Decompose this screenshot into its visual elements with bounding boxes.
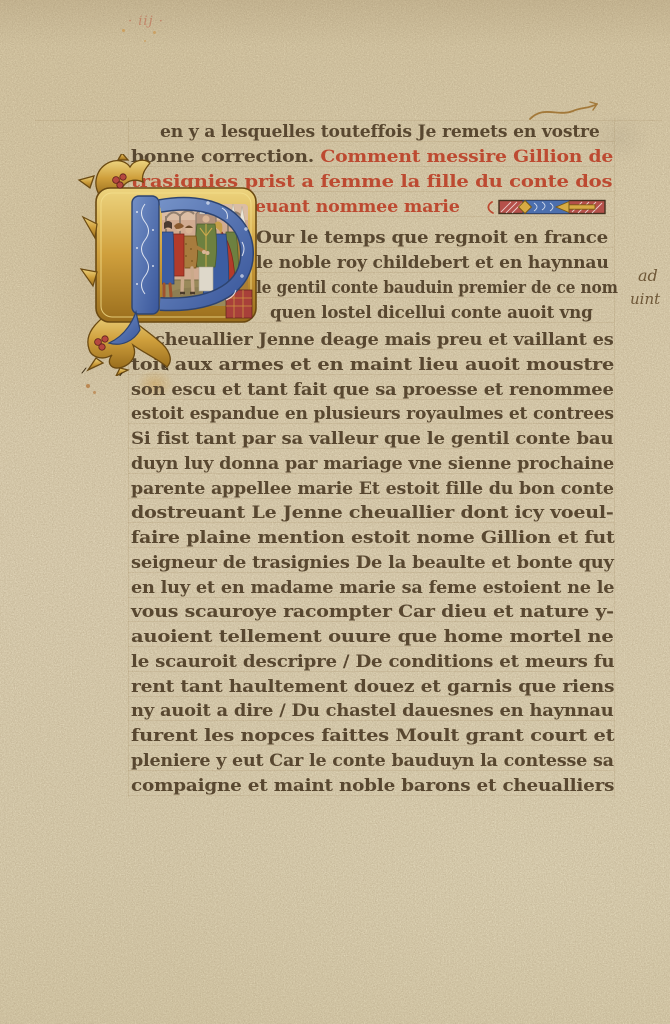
manuscript-text-line: dostreuant Le Jenne cheuallier dont icy … (131, 503, 614, 523)
body-text: le gentil conte bauduin premier de ce no… (256, 278, 618, 298)
body-text: ny auoit a dire / Du chastel dauesnes en… (131, 701, 614, 721)
body-text: le noble roy childebert et en haynnau (256, 253, 609, 273)
body-text: auoient tellement ouure que home mortel … (131, 627, 614, 647)
manuscript-text-line: furent les nopces faittes Moult grant co… (131, 726, 614, 746)
body-text: Si fist tant par sa valleur que le genti… (131, 429, 613, 449)
stain-top-edge (0, 0, 670, 46)
illuminated-initial (76, 154, 272, 376)
manuscript-text-line: le noble roy childebert et en haynnau (256, 253, 609, 273)
manuscript-text-line: auoient tellement ouure que home mortel … (131, 627, 614, 647)
rubric-text: Comment messire Gillion de (320, 147, 613, 167)
manuscript-text-line: son escu et tant fait que sa proesse et … (131, 380, 614, 400)
body-text: en luy et en madame marie sa feme estoie… (131, 578, 614, 598)
manuscript-text-line: ny auoit a dire / Du chastel dauesnes en… (131, 701, 614, 721)
manuscript-text-line: le scauroit descripre / De conditions et… (131, 652, 614, 672)
marginal-note-ad: ad (638, 266, 658, 285)
body-text: vous scauroye racompter Car dieu et natu… (131, 602, 614, 622)
body-text: estoit espandue en plusieurs royaulmes e… (131, 404, 614, 424)
manuscript-text-line: duyn luy donna par mariage vne sienne pr… (131, 454, 614, 474)
manuscript-page: · iij · en y a lesquelles touteffois Je … (0, 0, 670, 1024)
body-text: duyn luy donna par mariage vne sienne pr… (131, 454, 614, 474)
manuscript-text-line: pleniere y eut Car le conte bauduyn la c… (131, 751, 614, 771)
body-text: seigneur de trasignies De la beaulte et … (131, 553, 614, 573)
manuscript-text-line: en y a lesquelles touteffois Je remets e… (160, 122, 600, 142)
manuscript-text-line: faire plaine mention estoit nome Gillion… (131, 528, 615, 548)
body-text: pleniere y eut Car le conte bauduyn la c… (131, 751, 614, 771)
manuscript-text-line: vous scauroye racompter Car dieu et natu… (131, 602, 614, 622)
orange-fleck (153, 31, 156, 34)
manuscript-text-line: en luy et en madame marie sa feme estoie… (131, 578, 614, 598)
body-text: quen lostel dicellui conte auoit vng (270, 303, 593, 323)
body-text: en y a lesquelles touteffois Je remets e… (160, 122, 600, 142)
body-text: dostreuant Le Jenne cheuallier dont icy … (131, 503, 614, 523)
body-text: furent les nopces faittes Moult grant co… (131, 726, 614, 746)
body-text: rent tant haultement douez et garnis que… (131, 677, 614, 697)
joined-hands (202, 250, 206, 254)
manuscript-text-line: Si fist tant par sa valleur que le genti… (131, 429, 613, 449)
orange-fleck (122, 29, 125, 32)
rubricator-mark (488, 202, 493, 213)
body-text: parente appellee marie Et estoit fille d… (131, 479, 614, 499)
body-text: son escu et tant fait que sa proesse et … (131, 380, 614, 400)
body-text: compaigne et maint noble barons et cheua… (131, 776, 614, 796)
manuscript-text-line: le gentil conte bauduin premier de ce no… (256, 278, 618, 298)
manuscript-text-line: quen lostel dicellui conte auoit vng (270, 303, 593, 323)
rust-spot (93, 391, 96, 394)
orange-fleck (144, 40, 146, 42)
body-text: le scauroit descripre / De conditions et… (131, 652, 614, 672)
gold-side-thorns (81, 217, 97, 286)
manuscript-text-line: estoit espandue en plusieurs royaulmes e… (131, 404, 614, 424)
marginal-note-uint: uint (630, 290, 660, 308)
quire-mark: · iij · (128, 14, 164, 29)
manuscript-text-line: compaigne et maint noble barons et cheua… (131, 776, 614, 796)
rust-spot (86, 384, 90, 388)
body-text: faire plaine mention estoit nome Gillion… (131, 528, 615, 548)
manuscript-text-line: rent tant haultement douez et garnis que… (131, 677, 614, 697)
manuscript-text-line: parente appellee marie Et estoit fille d… (131, 479, 614, 499)
manuscript-text-line: seigneur de trasignies De la beaulte et … (131, 553, 614, 573)
line-filler-bar (486, 196, 610, 220)
body-text: Our le temps que regnoit en france (256, 228, 608, 248)
ascender-flourish (528, 98, 604, 124)
manuscript-text-line: Our le temps que regnoit en france (256, 228, 608, 248)
